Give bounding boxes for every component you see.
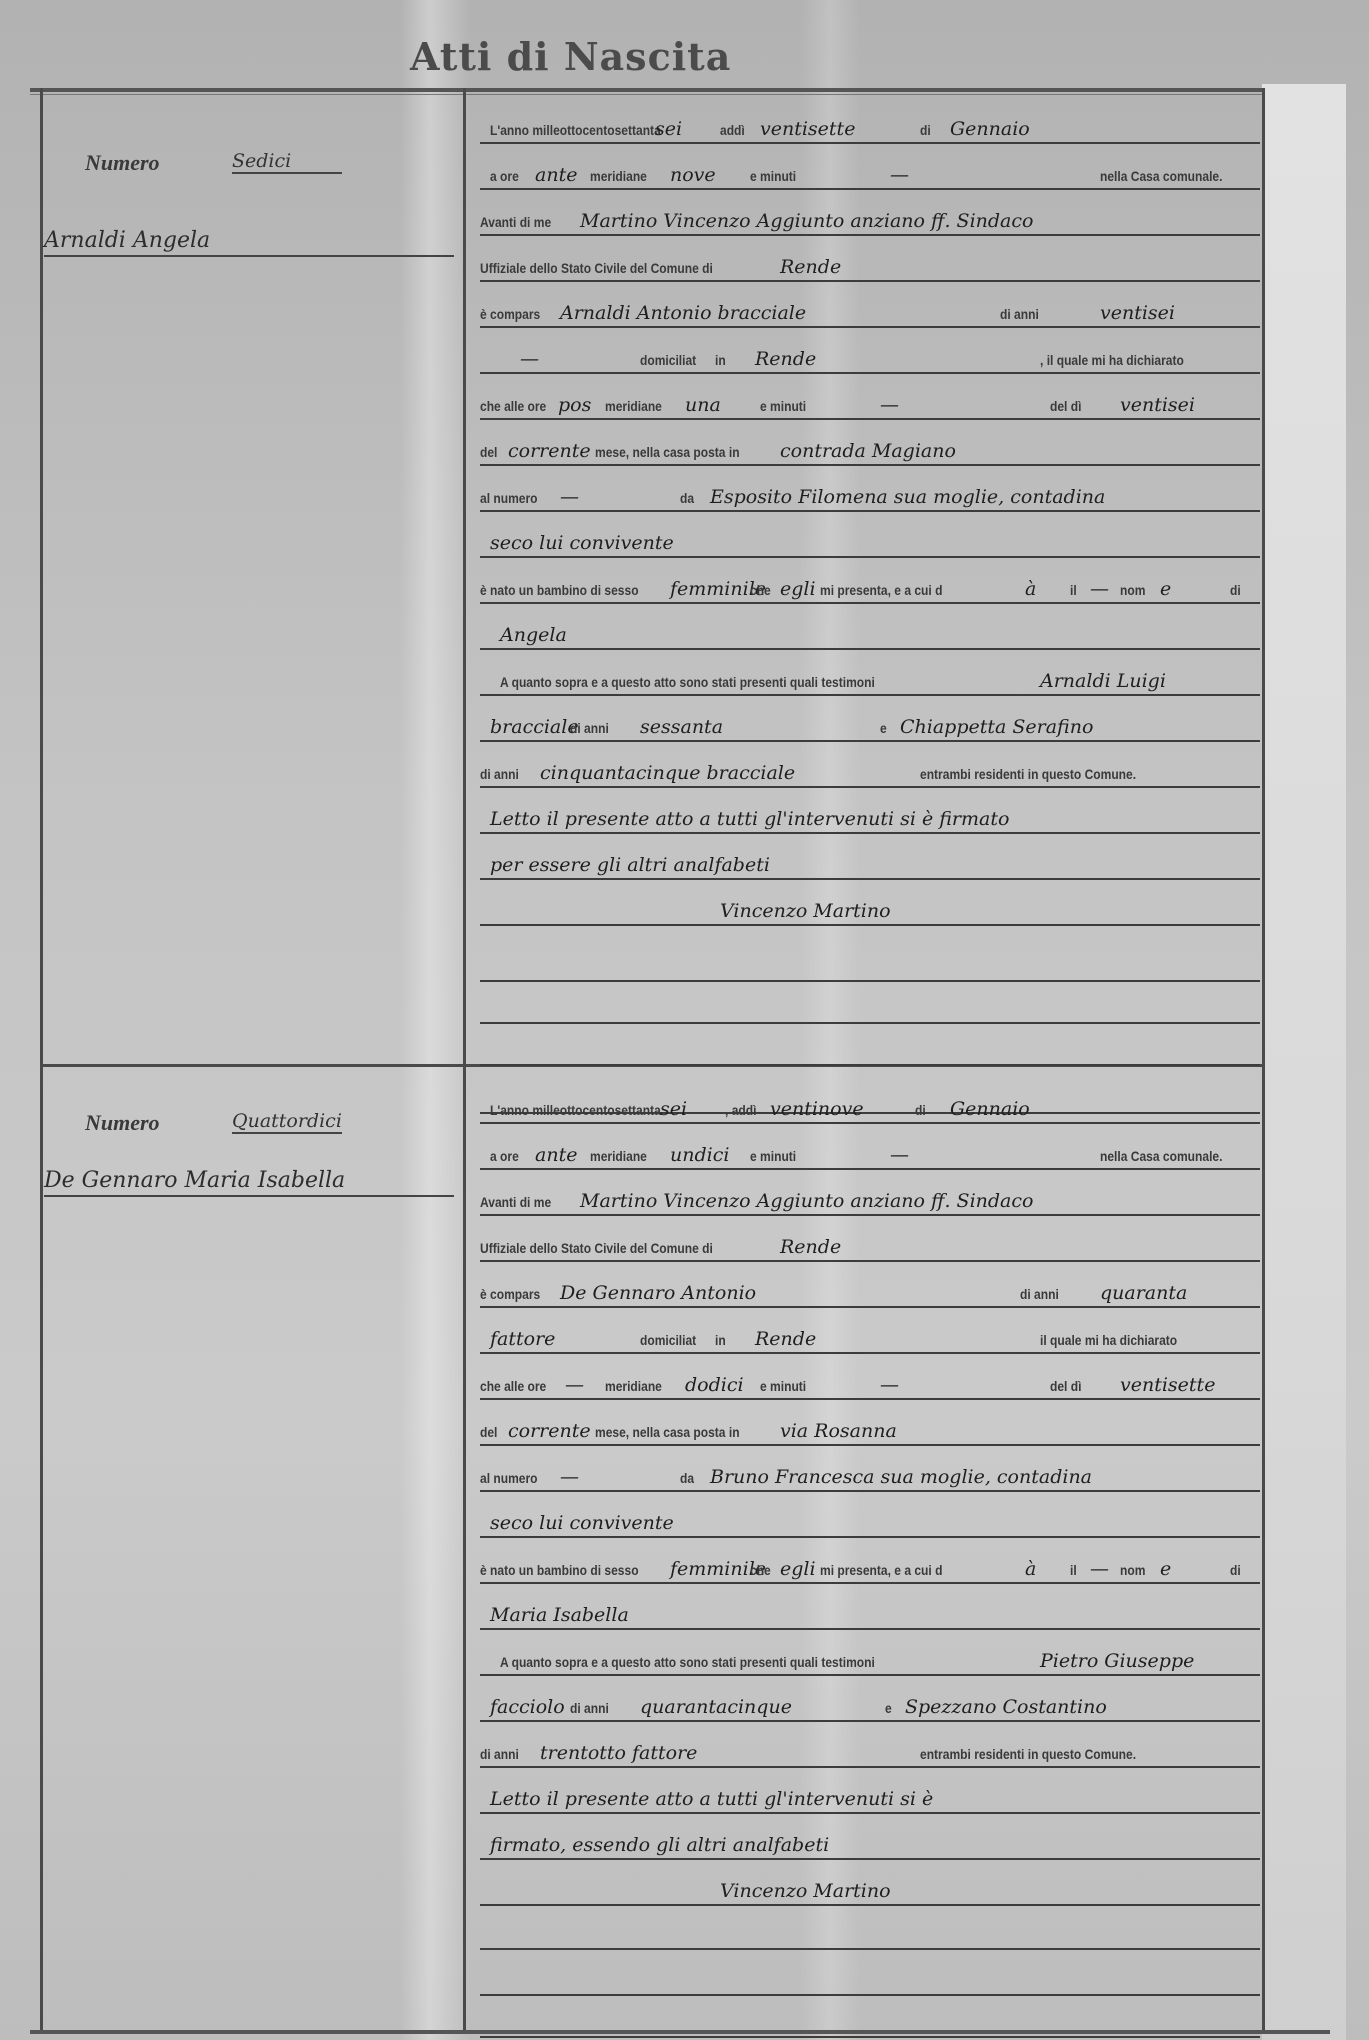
signature-line: Vincenzo Martino xyxy=(480,1858,1260,1906)
registrant-name: De Gennaro Maria Isabella xyxy=(44,1168,454,1197)
frame-top-rule xyxy=(30,88,1262,92)
numero-label: Numero xyxy=(85,1110,160,1136)
frame-right-rule xyxy=(1262,88,1265,2033)
record-line: fattore domiciliat in Rende il quale mi … xyxy=(480,1306,1260,1354)
numero-label: Numero xyxy=(85,150,160,176)
record-line: al numero — da Bruno Francesca sua mogli… xyxy=(480,1444,1260,1492)
blank-rule xyxy=(480,980,1260,982)
record-line: a ore ante meridiane nove e minuti — nel… xyxy=(480,142,1260,190)
record-line: di anni cinquantacinque bracciale entram… xyxy=(480,740,1260,788)
record-line: per essere gli altri analfabeti xyxy=(480,832,1260,880)
record-line: seco lui convivente xyxy=(480,510,1260,558)
record-line: è compars De Gennaro Antonio di anni qua… xyxy=(480,1260,1260,1308)
record-line: Letto il presente atto a tutti gl'interv… xyxy=(480,786,1260,834)
record-line: Letto il presente atto a tutti gl'interv… xyxy=(480,1766,1260,1814)
record-line: bracciale di anni sessanta e Chiappetta … xyxy=(480,694,1260,742)
record-line: Avanti di me Martino Vincenzo Aggiunto a… xyxy=(480,188,1260,236)
record-line: facciolo di anni quarantacinque e Spezza… xyxy=(480,1674,1260,1722)
record-line: L'anno milleottocentosettanta sei addì v… xyxy=(480,96,1260,144)
registrant-name: Arnaldi Angela xyxy=(44,228,454,257)
record-line: Uffiziale dello Stato Civile del Comune … xyxy=(480,234,1260,282)
numero-value: Sedici xyxy=(232,150,342,174)
record-line: L'anno milleottocentosettanta sei , addì… xyxy=(480,1076,1260,1124)
page-edge-strip xyxy=(1262,84,1346,2040)
record-line: è compars Arnaldi Antonio bracciale di a… xyxy=(480,280,1260,328)
page-title: Atti di Nascita xyxy=(410,34,731,79)
scanned-register-page: Atti di Nascita Numero Sedici Arnaldi An… xyxy=(0,0,1369,2040)
record-line: firmato, essendo gli altri analfabeti xyxy=(480,1812,1260,1860)
record-line: A quanto sopra e a questo atto sono stat… xyxy=(480,1628,1260,1676)
column-divider-rule xyxy=(463,88,466,2033)
frame-left-rule xyxy=(40,88,43,2033)
numero-value: Quattordici xyxy=(232,1110,342,1134)
record-line: Maria Isabella xyxy=(480,1582,1260,1630)
record-line: al numero — da Esposito Filomena sua mog… xyxy=(480,464,1260,512)
record-line: A quanto sopra e a questo atto sono stat… xyxy=(480,648,1260,696)
blank-rule xyxy=(480,1994,1260,1996)
frame-top-rule-thin xyxy=(30,94,1262,95)
record-line: che alle ore — meridiane dodici e minuti… xyxy=(480,1352,1260,1400)
blank-rule xyxy=(480,1064,1260,1066)
blank-rule xyxy=(480,1948,1260,1950)
record-line: è nato un bambino di sesso femminile che… xyxy=(480,556,1260,604)
record-line: che alle ore pos meridiane una e minuti … xyxy=(480,372,1260,420)
record-line: del corrente mese, nella casa posta in v… xyxy=(480,1398,1260,1446)
record-line: a ore ante meridiane undici e minuti — n… xyxy=(480,1122,1260,1170)
record-line: del corrente mese, nella casa posta in c… xyxy=(480,418,1260,466)
record-line: è nato un bambino di sesso femminile che… xyxy=(480,1536,1260,1584)
record-line: di anni trentotto fattore entrambi resid… xyxy=(480,1720,1260,1768)
blank-rule xyxy=(480,2036,1260,2038)
signature-line: Vincenzo Martino xyxy=(480,878,1260,926)
record-line: Angela xyxy=(480,602,1260,650)
record-line: — domiciliat in Rende , il quale mi ha d… xyxy=(480,326,1260,374)
record-line: Uffiziale dello Stato Civile del Comune … xyxy=(480,1214,1260,1262)
record-line: seco lui convivente xyxy=(480,1490,1260,1538)
blank-rule xyxy=(480,1022,1260,1024)
frame-bottom-rule xyxy=(30,2030,1330,2034)
record-line: Avanti di me Martino Vincenzo Aggiunto a… xyxy=(480,1168,1260,1216)
